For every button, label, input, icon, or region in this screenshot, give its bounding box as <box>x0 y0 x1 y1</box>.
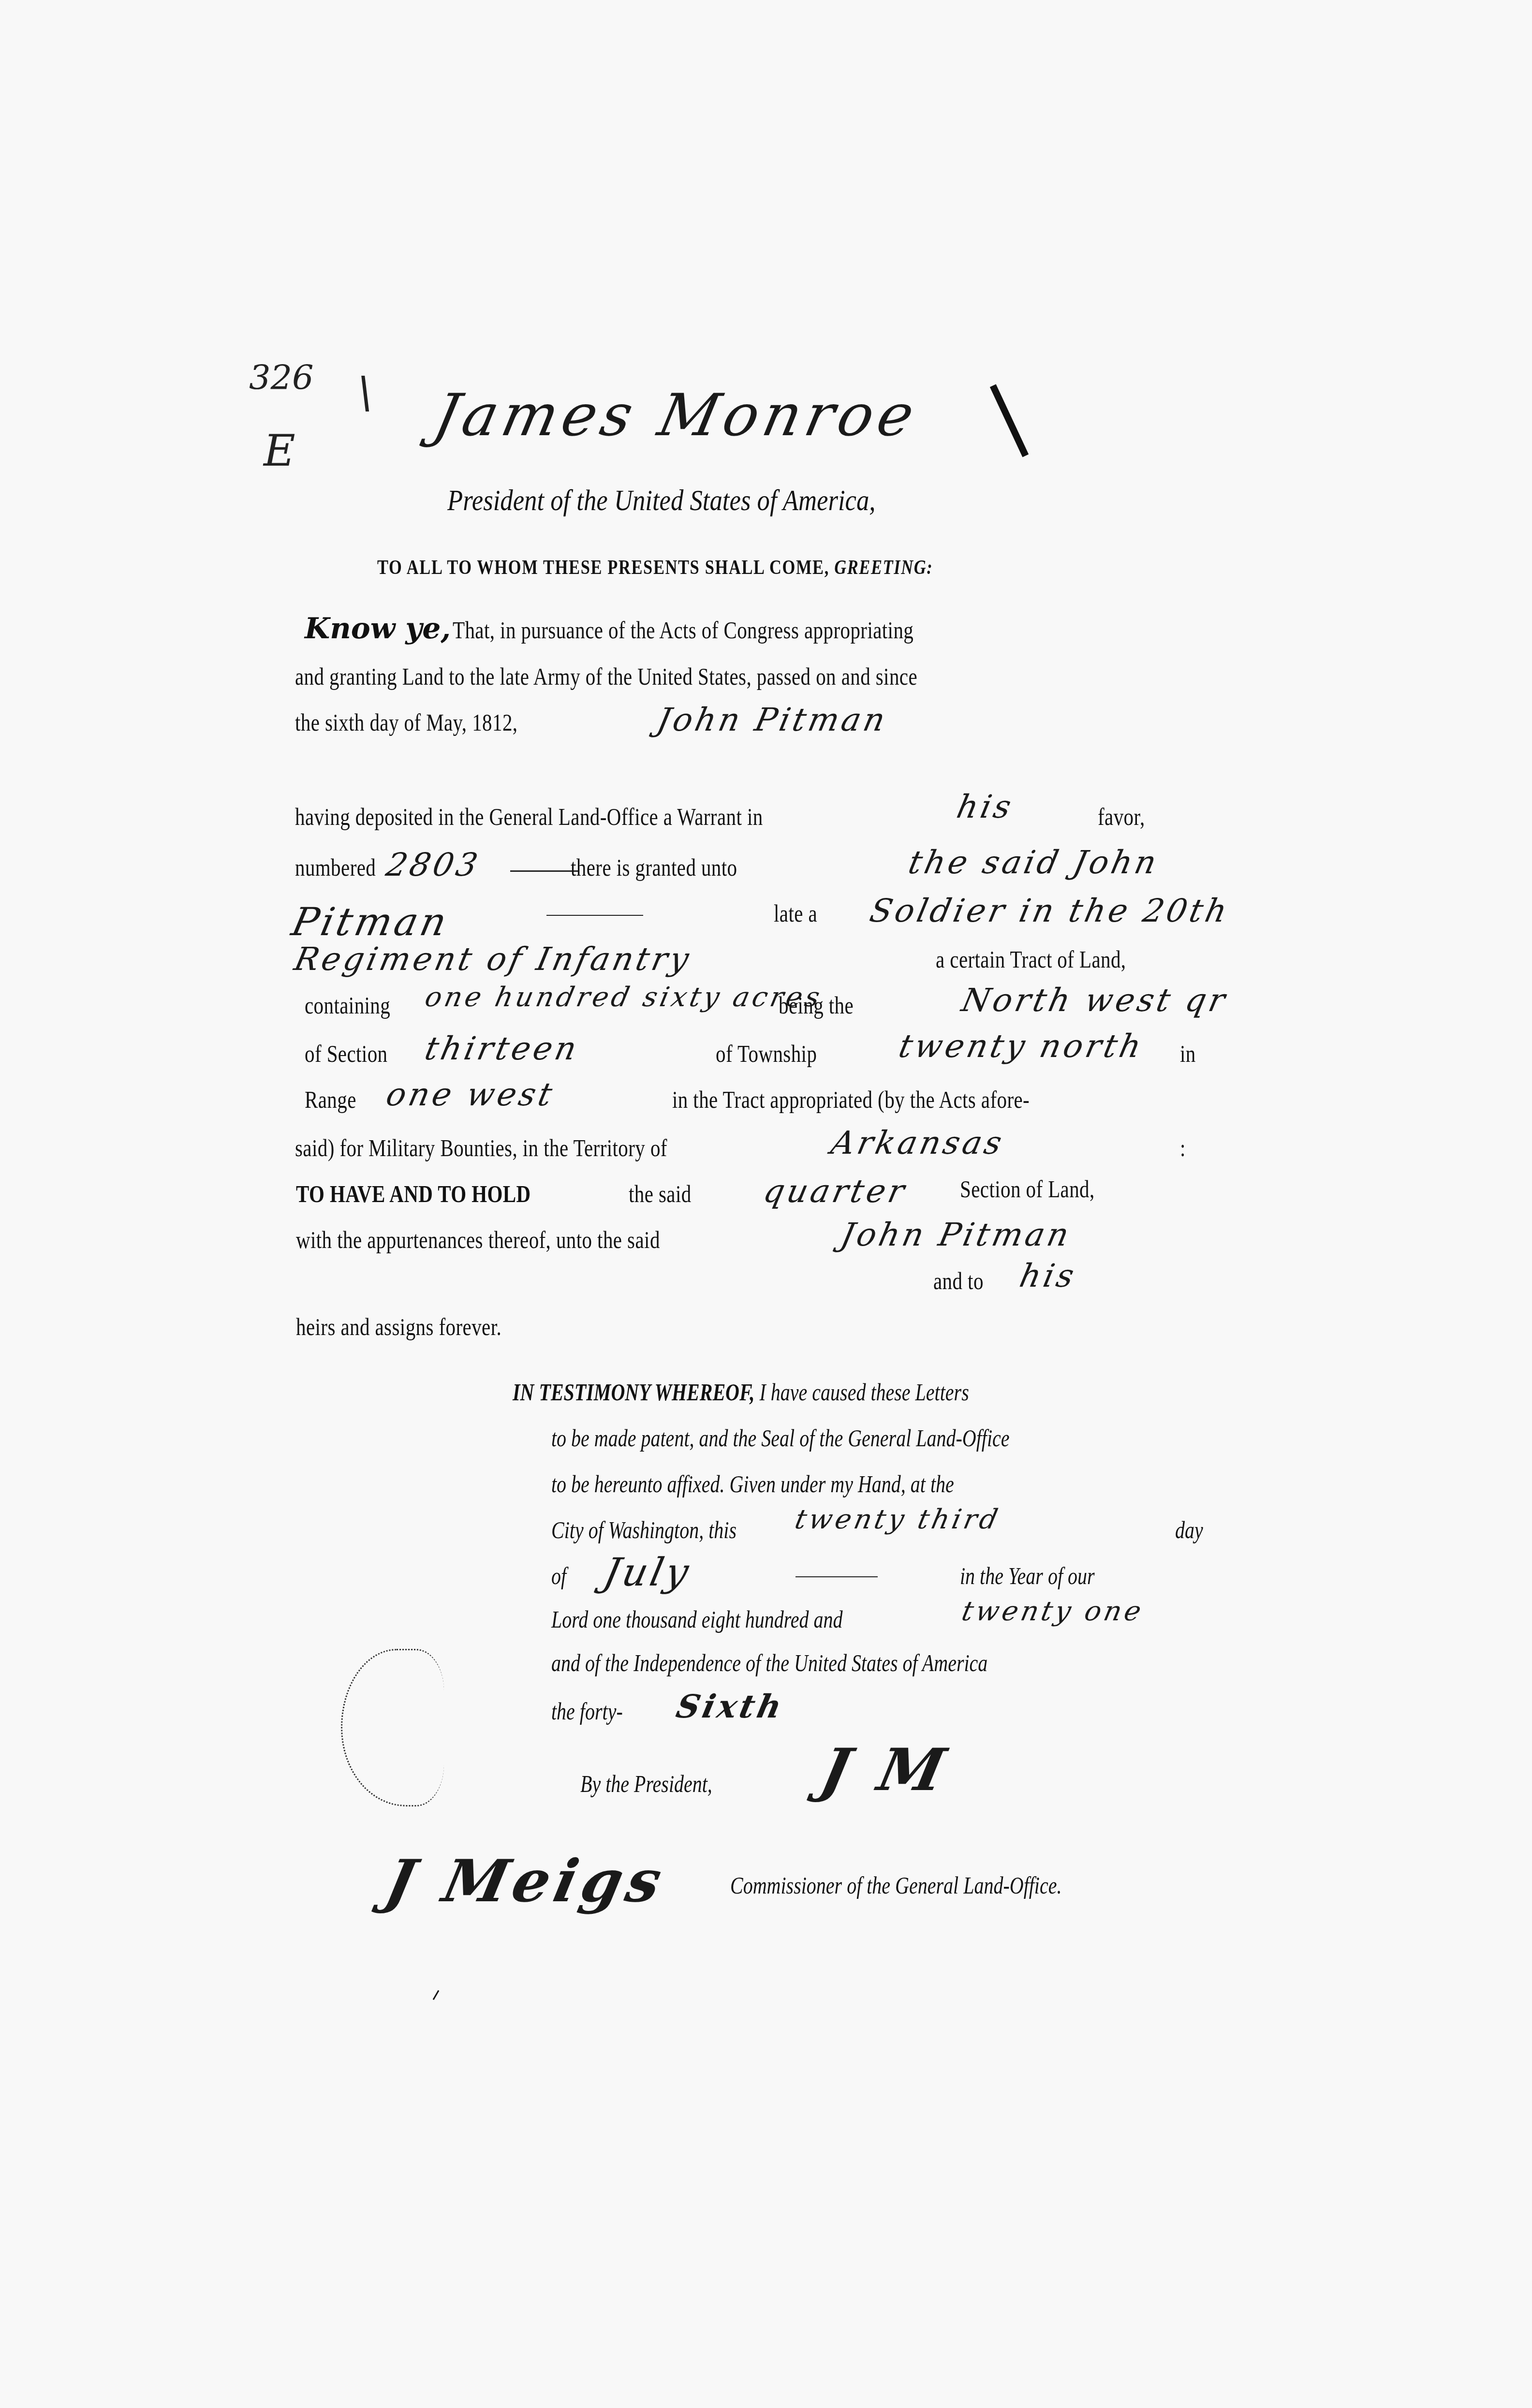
day-hand: twenty third <box>792 1504 1003 1535</box>
testimony-text: in the Year of our <box>960 1562 1095 1590</box>
grantee-full-hand: John Pitman <box>838 1216 1075 1253</box>
territory-hand: Arkansas <box>828 1124 1008 1161</box>
body-text: : <box>1180 1134 1186 1162</box>
body-text: the said <box>629 1180 692 1208</box>
testimony-line-5: of <box>551 1562 566 1590</box>
body-line-9: of Section <box>305 1040 387 1068</box>
body-text: in <box>1180 1040 1196 1068</box>
testimony-line-2: to be made patent, and the Seal of the G… <box>551 1424 1010 1452</box>
margin-initial: E <box>264 426 295 476</box>
body-text: the sixth day of May, 1812, <box>295 708 517 736</box>
margin-check-mark: \ <box>358 367 372 418</box>
body-line-4: having deposited in the General Land-Off… <box>295 803 763 831</box>
president-signature: James Monroe <box>428 382 925 449</box>
ink-mark-stroke <box>990 384 1029 457</box>
body-text: being the <box>779 991 854 1019</box>
testimony-line-7: and of the Independence of the United St… <box>551 1649 987 1677</box>
heirs-pronoun-hand: his <box>1016 1257 1080 1294</box>
month-hand: July <box>600 1550 695 1595</box>
range-hand: one west <box>383 1076 559 1113</box>
president-initials-signature: J M <box>815 1736 956 1804</box>
habendum-clause: TO HAVE AND TO HOLD <box>296 1180 531 1208</box>
pronoun-hand: his <box>954 788 1017 825</box>
body-text: a certain Tract of Land, <box>936 945 1126 973</box>
seal-impression <box>341 1649 444 1806</box>
testimony-line-4: City of Washington, this <box>551 1516 737 1544</box>
township-hand: twenty north <box>896 1028 1148 1065</box>
body-text: and to <box>933 1267 984 1295</box>
section-hand: thirteen <box>422 1030 583 1067</box>
body-text: Section of Land, <box>960 1175 1095 1203</box>
body-line-2: and granting Land to the late Army of th… <box>295 662 917 690</box>
quarter-hand: quarter <box>760 1173 911 1210</box>
body-text: favor, <box>1098 803 1145 831</box>
body-line-5: numbered <box>295 853 376 881</box>
testimony-line-1: IN TESTIMONY WHEREOF, I have caused thes… <box>513 1378 969 1406</box>
body-line-11: said) for Military Bounties, in the Terr… <box>295 1134 667 1162</box>
body-text: That, in pursuance of the Acts of Congre… <box>453 616 913 644</box>
body-text: in the Tract appropriated (by the Acts a… <box>672 1086 1030 1114</box>
fill-dash <box>546 915 643 916</box>
year-hand: twenty one <box>959 1596 1147 1627</box>
testimony-heading: IN TESTIMONY WHEREOF, <box>513 1379 755 1406</box>
testimony-line-6: Lord one thousand eight hundred and <box>551 1605 843 1633</box>
regiment-hand: Regiment of Infantry <box>291 940 695 978</box>
body-line-8: containing <box>305 991 390 1019</box>
quarter-position-hand: North west qr <box>958 982 1231 1019</box>
body-line-13: with the appurtenances thereof, unto the… <box>296 1226 660 1254</box>
body-line-12: TO HAVE AND TO HOLD <box>296 1180 582 1208</box>
commissioner-signature: J Meigs <box>380 1847 672 1915</box>
body-line-15: heirs and assigns forever. <box>296 1313 501 1341</box>
soldier-rank-hand: Soldier in the 20th <box>867 892 1233 929</box>
by-president-label: By the President, <box>580 1770 712 1798</box>
greeting-line: TO ALL TO WHOM THESE PRESENTS SHALL COME… <box>377 556 933 579</box>
independence-year-hand: Sixth <box>673 1688 788 1725</box>
testimony-text: I have caused these Letters <box>760 1379 969 1406</box>
warrant-number-hand: 2803 <box>383 846 484 883</box>
margin-record-number: 326 <box>249 358 314 397</box>
body-text: there is granted unto <box>571 853 737 881</box>
body-line-3: the sixth day of May, 1812, <box>295 708 567 736</box>
ink-speck <box>433 1990 440 2000</box>
testimony-line-8: the forty- <box>551 1697 623 1725</box>
testimony-text: day <box>1175 1516 1203 1544</box>
testimony-line-3: to be hereunto affixed. Given under my H… <box>551 1470 954 1498</box>
body-text: late a <box>774 899 817 927</box>
president-title: President of the United States of Americ… <box>447 484 876 518</box>
acreage-hand: one hundred sixty acres <box>422 982 825 1013</box>
fill-dash <box>510 870 578 872</box>
body-line-1: Know ye, That, in pursuance of the Acts … <box>305 612 1015 646</box>
grantee-surname-hand: Pitman <box>288 899 453 944</box>
grantee-ref-hand: the said John <box>905 844 1163 881</box>
grantee-name-hand: John Pitman <box>654 701 891 738</box>
fill-dash <box>795 1576 878 1577</box>
know-ye-heading: Know ye, <box>305 612 451 646</box>
body-text: of Township <box>716 1040 817 1068</box>
greeting-prefix: TO ALL TO WHOM THESE PRESENTS SHALL COME… <box>377 557 829 579</box>
greeting-word: GREETING: <box>834 557 933 579</box>
commissioner-title: Commissioner of the General Land-Office. <box>730 1871 1062 1899</box>
body-line-10: Range <box>305 1086 356 1114</box>
